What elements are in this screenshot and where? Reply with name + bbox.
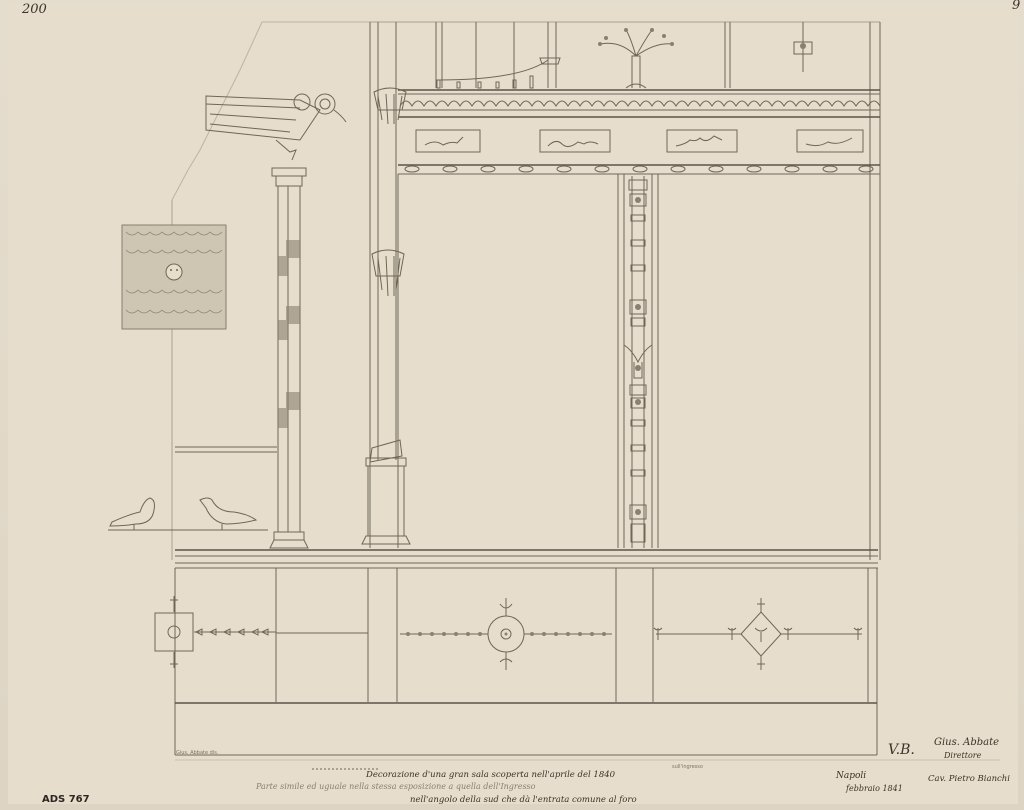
attestation: Cav. Pietro Bianchi <box>928 774 1010 784</box>
signature-line-1: Gius. Abbate <box>934 737 999 748</box>
draughtsman-note: Gius. Abbate dis. <box>176 750 218 756</box>
frieze-panel-3 <box>667 130 737 152</box>
dove-1 <box>110 498 155 530</box>
caption-line-2: Parte simile ed uguale nella stessa espo… <box>256 782 535 791</box>
dado <box>155 568 877 755</box>
caption-right-note: sull'ingresso <box>672 764 703 770</box>
sheet-number: 200 <box>22 2 47 17</box>
caption-line-3: nell'angolo della sud che dà l'entrata c… <box>410 795 637 805</box>
date-line-2: febbraio 1841 <box>846 784 903 793</box>
frieze-panel-4 <box>797 130 863 152</box>
frieze-panel-1 <box>416 130 480 152</box>
date-line-1: Napoli <box>836 771 866 781</box>
cornice <box>398 90 880 174</box>
frieze-panel-2 <box>540 130 610 152</box>
candelabrum-ornament <box>624 176 652 548</box>
signature-initials: V.B. <box>888 742 915 758</box>
caption-line-1: Decorazione d'una gran sala scoperta nel… <box>366 770 615 780</box>
scanned-sheet: 200 9 ADS 767 Gius. Abbate dis. Decorazi… <box>0 0 1024 810</box>
column-left <box>206 94 346 548</box>
floral-panel <box>122 225 226 329</box>
signature-line-2: Direttore <box>944 751 981 760</box>
pilaster-right <box>362 22 410 548</box>
upper-register <box>436 22 812 88</box>
dove-2 <box>200 498 256 530</box>
archive-reference: ADS 767 <box>42 794 90 805</box>
sheet-number-right: 9 <box>1012 0 1020 13</box>
elevation-drawing <box>0 0 1024 810</box>
